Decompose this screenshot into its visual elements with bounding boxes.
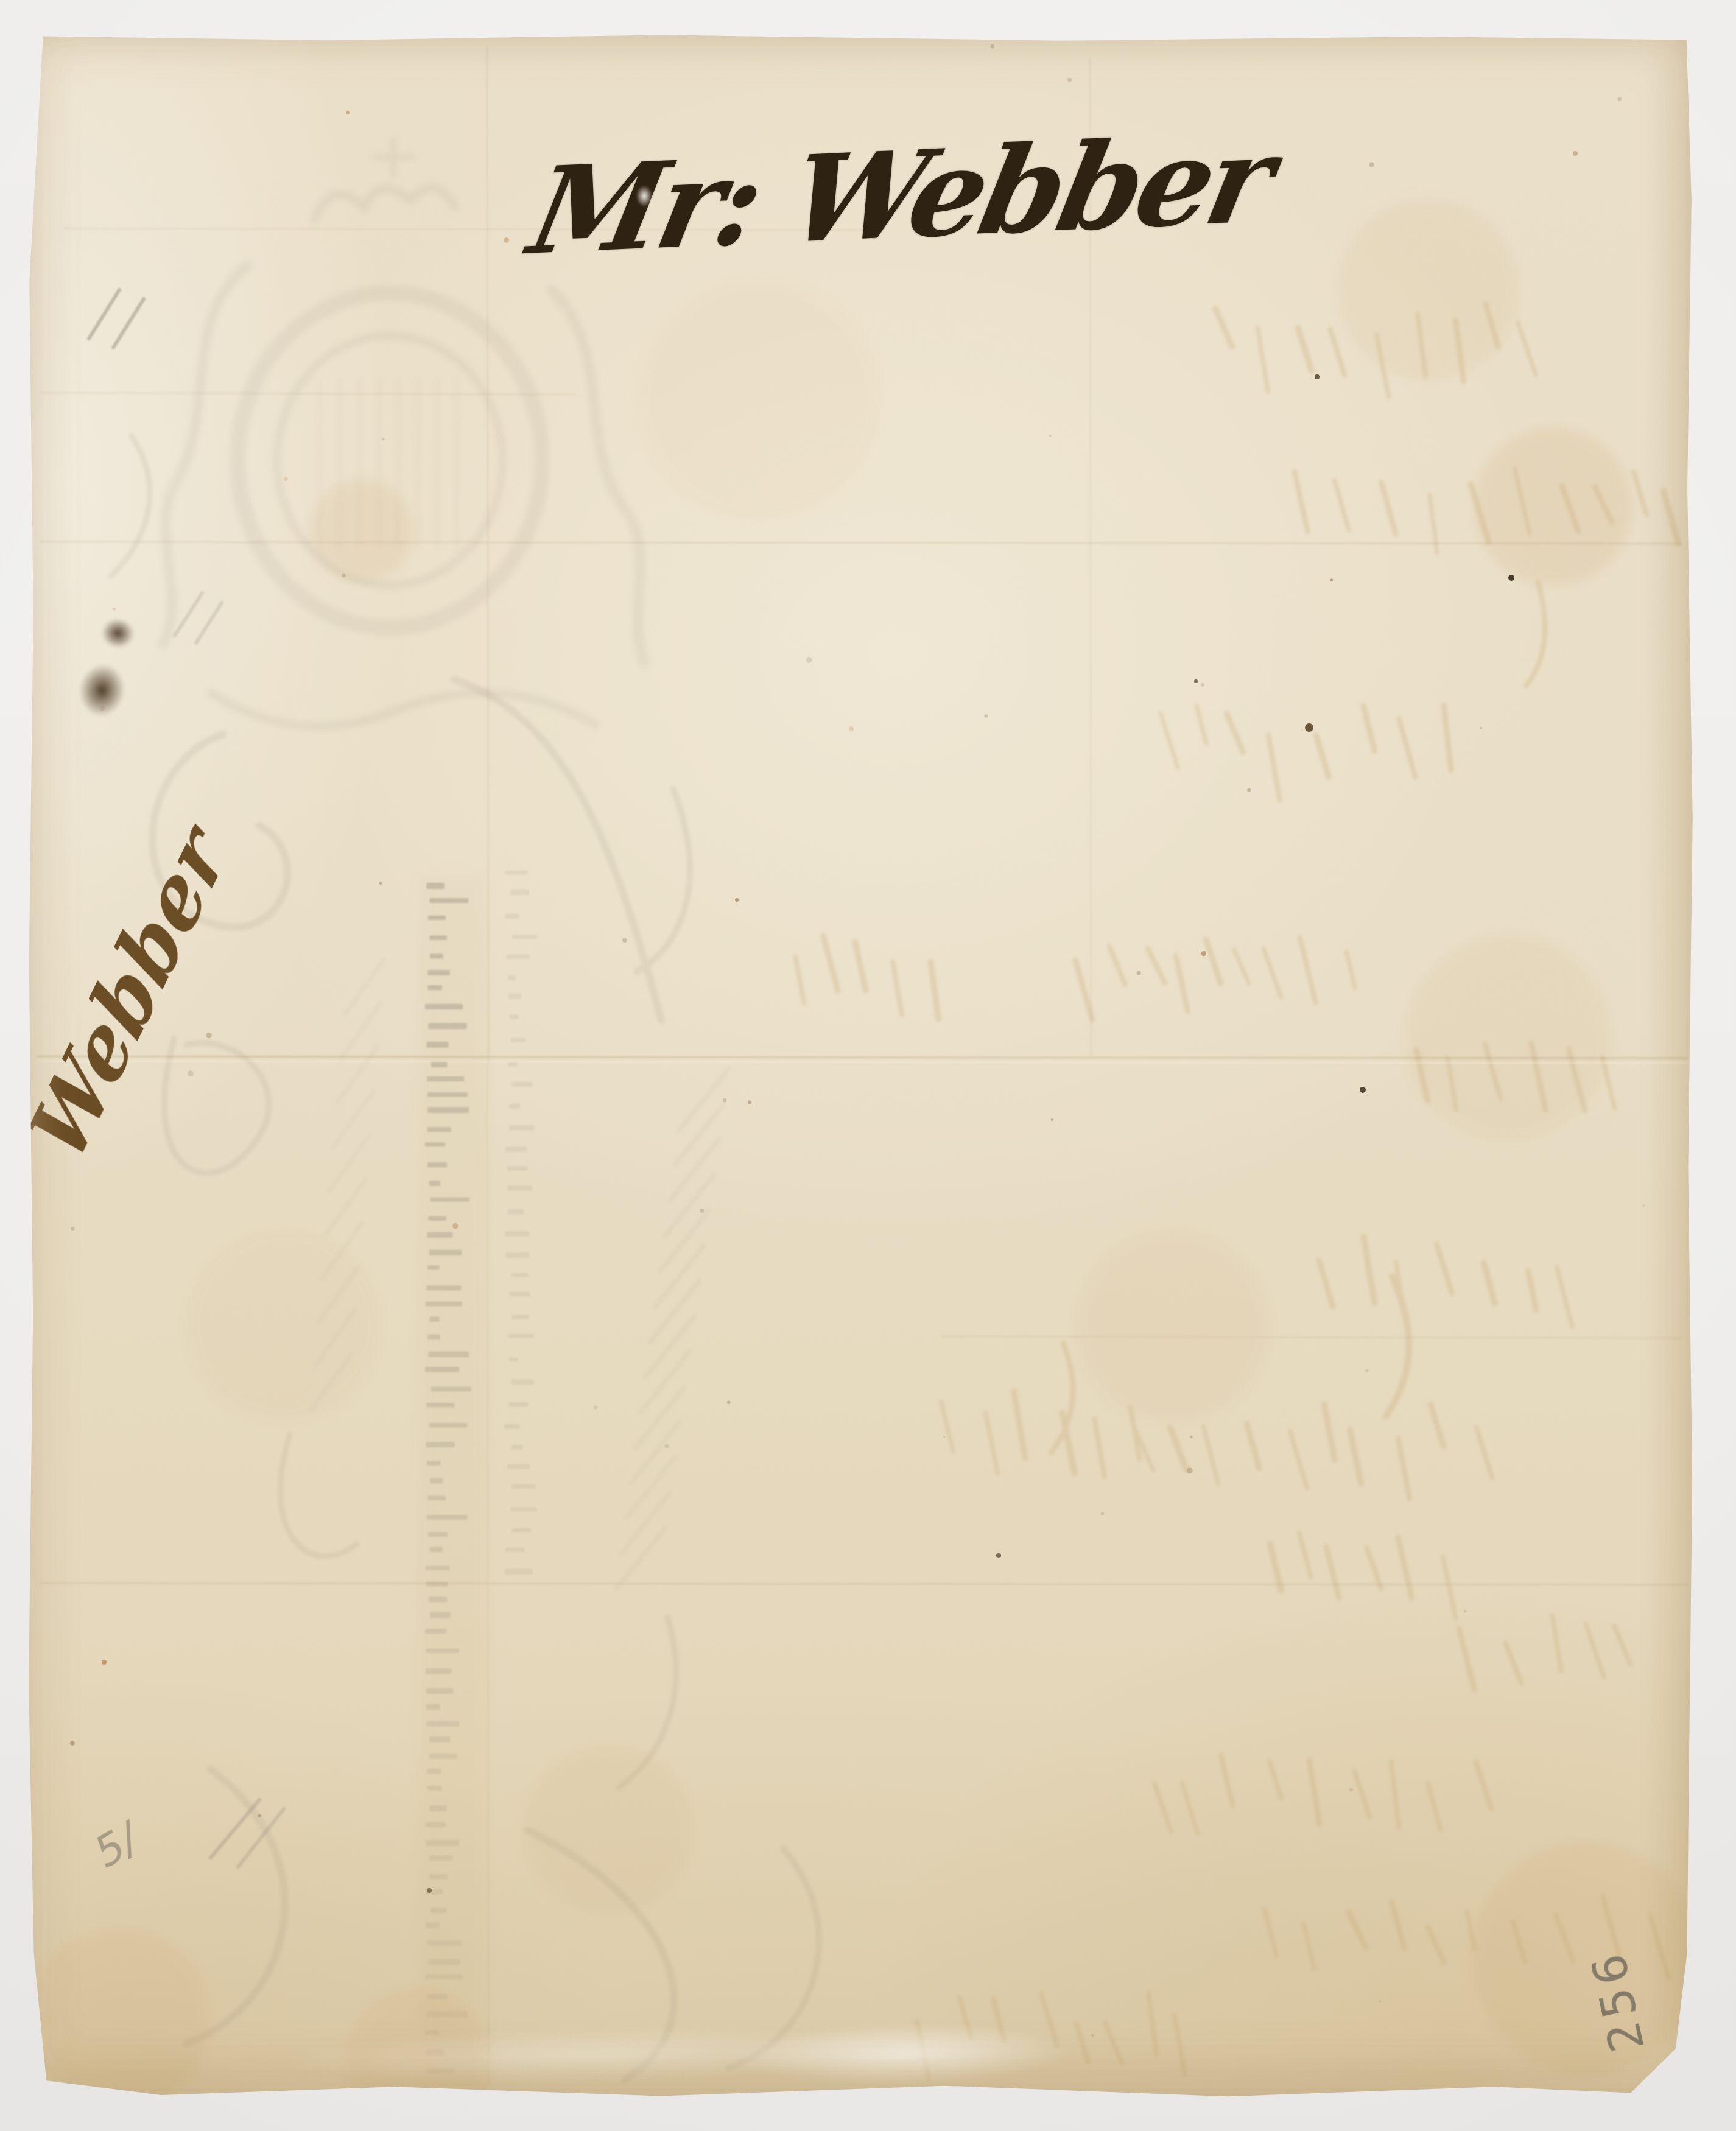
show-through-layer: [28, 34, 1694, 2098]
paper-flaw-spot: [633, 181, 655, 211]
pencil-shelf-mark: 5/: [46, 1775, 187, 1916]
recipient-inscription: Mr: Webber: [519, 109, 1281, 282]
ink-smudge: [63, 602, 149, 739]
catalog-number-pencil: 256: [1545, 1928, 1689, 2073]
document-sheet: Mr: Webber Webber 256 5/: [28, 34, 1694, 2098]
side-name-inscription: Webber: [0, 776, 310, 1210]
scan-background: { "document": { "kind": "aged-letter-ver…: [0, 0, 1736, 2131]
surface-abrasion: [270, 1992, 1064, 2106]
